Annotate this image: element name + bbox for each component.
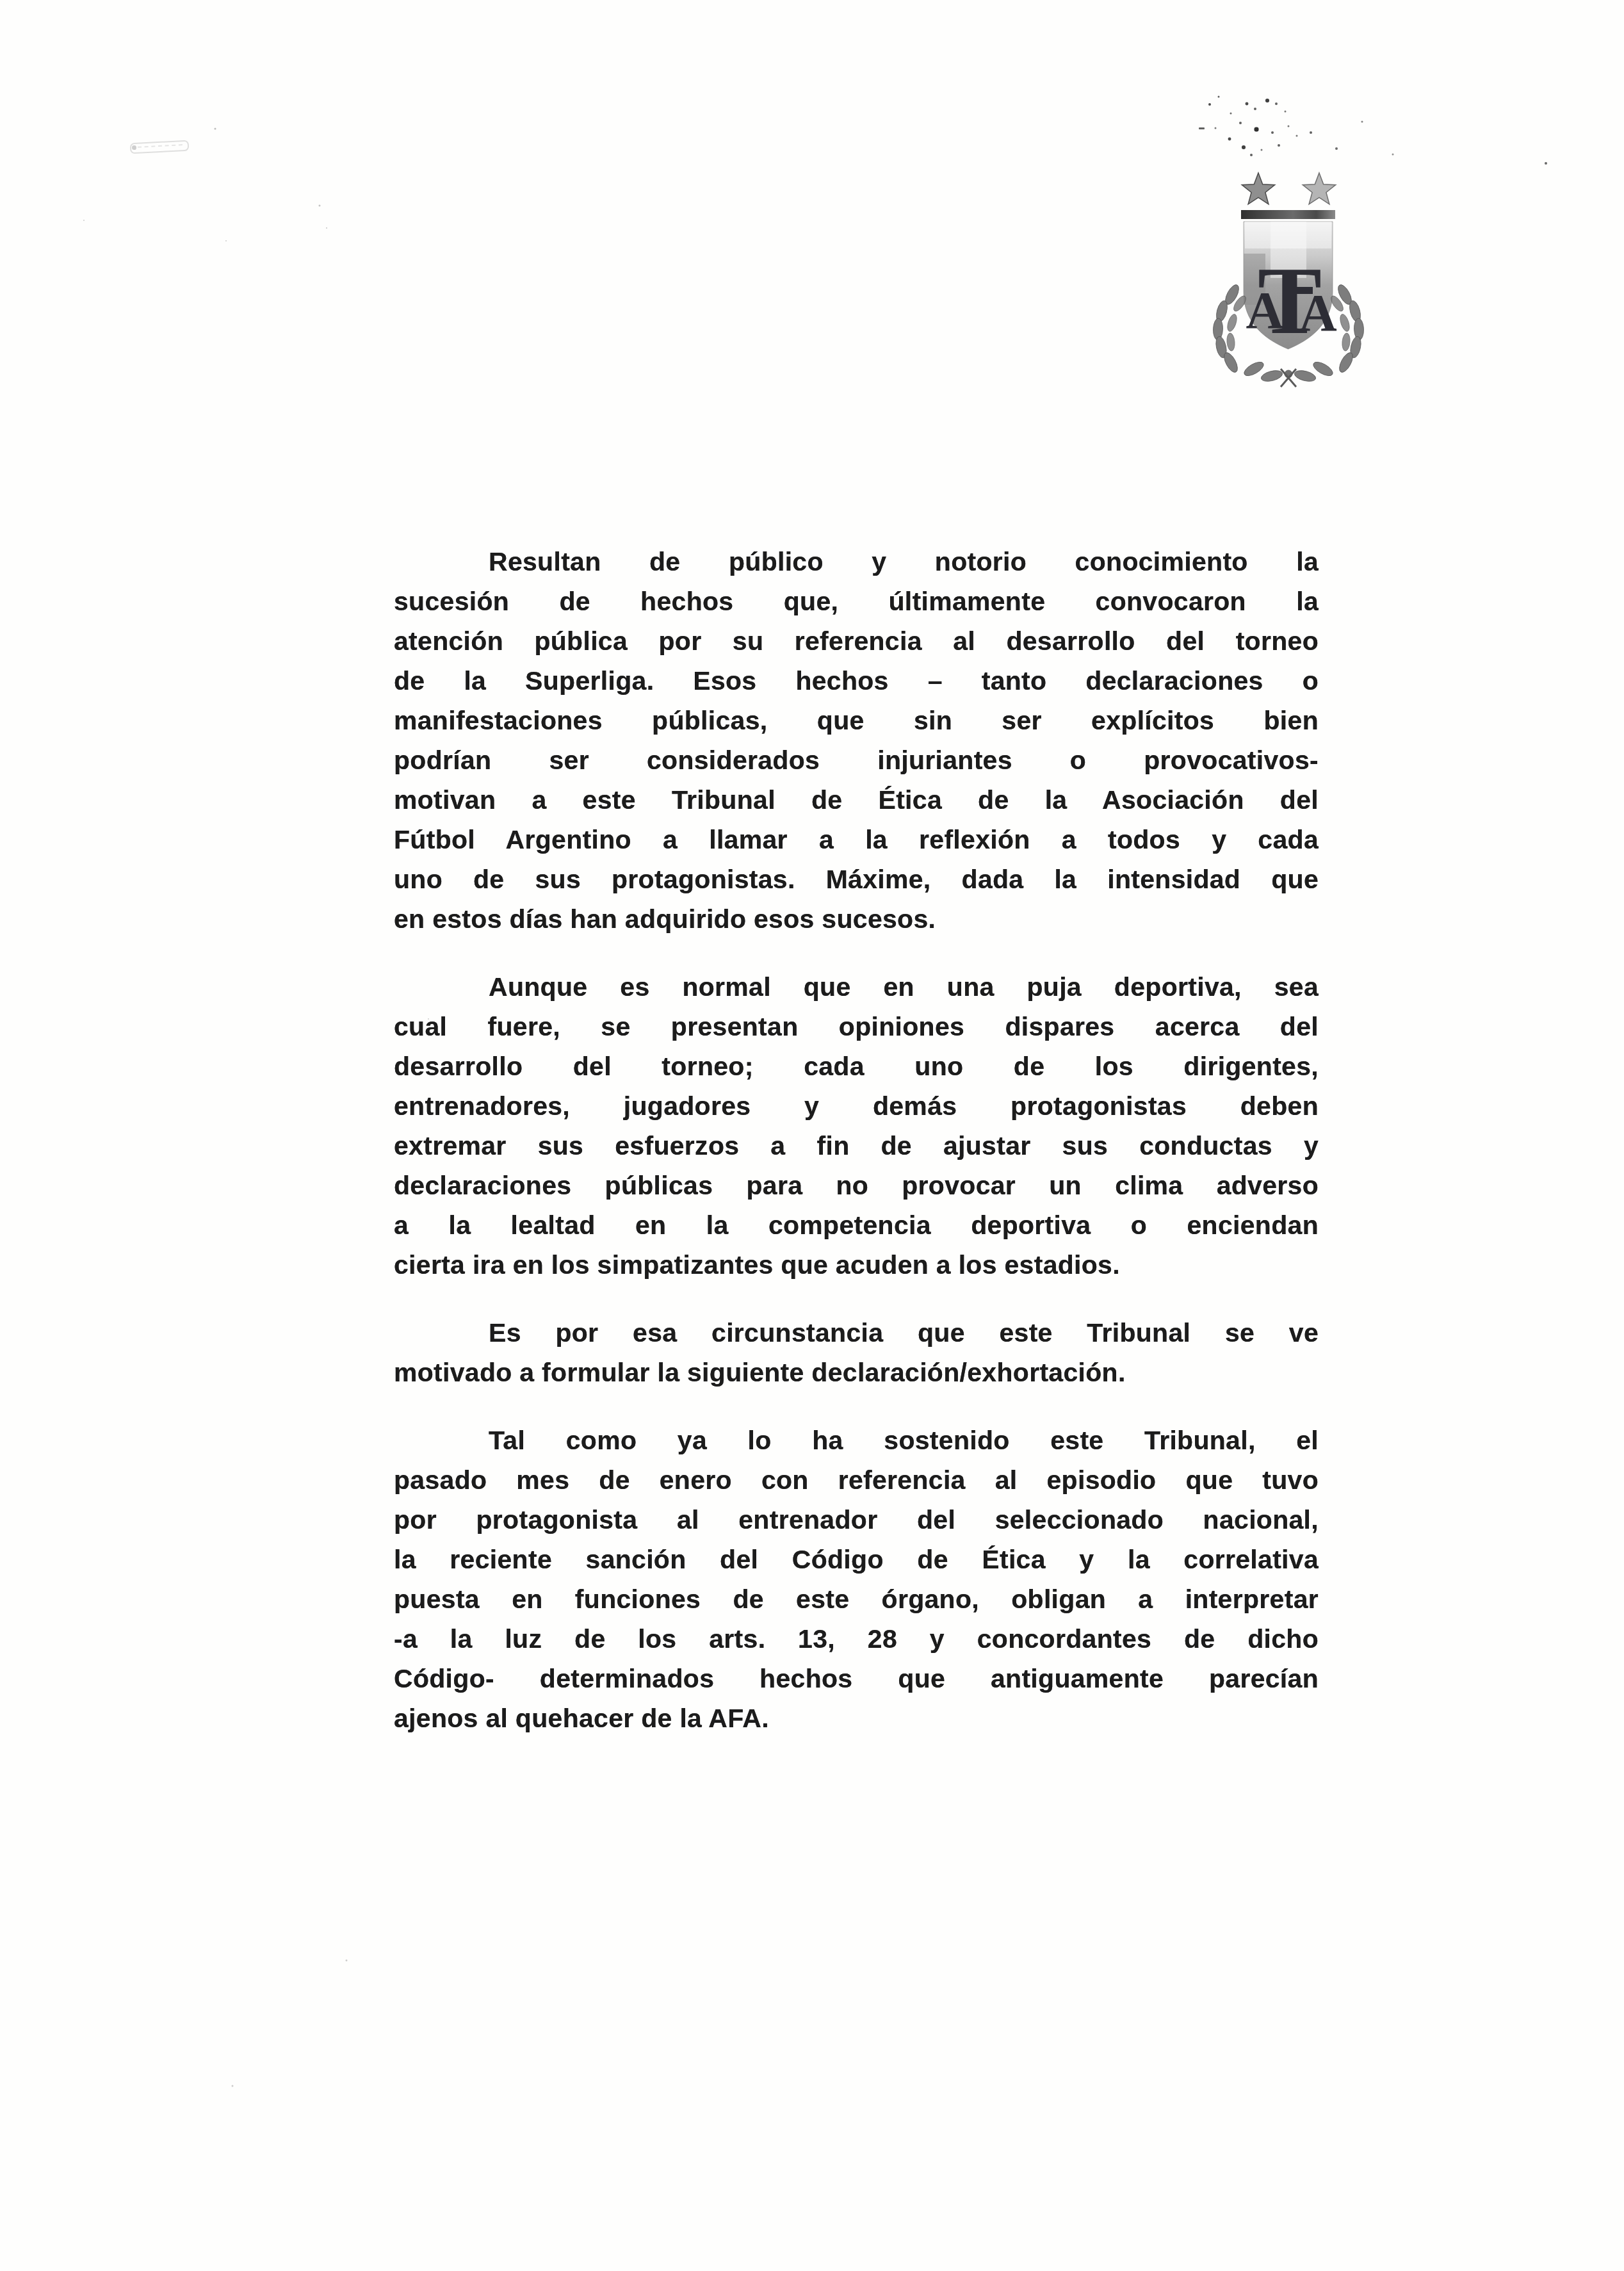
text-line: extremar sus esfuerzos a fin de ajustar … [394,1126,1319,1166]
text-line: la reciente sanción del Código de Ética … [394,1540,1319,1579]
text-line: pasado mes de enero con referencia al ep… [394,1460,1319,1500]
paragraph: Tal como ya lo ha sostenido este Tribuna… [394,1420,1319,1738]
text-line: Tal como ya lo ha sostenido este Tribuna… [394,1420,1319,1460]
text-line: uno de sus protagonistas. Máxime, dada l… [394,859,1319,899]
text-line: en estos días han adquirido esos sucesos… [394,899,1319,939]
paragraph: Aunque es normal que en una puja deporti… [394,967,1319,1285]
document-page: A T A [0,0,1624,2271]
text-line: por protagonista al entrenador del selec… [394,1500,1319,1540]
text-line: podrían ser considerados injuriantes o p… [394,740,1319,780]
text-line: puesta en funciones de este órgano, obli… [394,1579,1319,1619]
text-line: atención pública por su referencia al de… [394,621,1319,661]
text-line: motivado a formular la siguiente declara… [394,1353,1319,1392]
monogram-f-arm [1296,287,1313,294]
text-line: cual fuere, se presentan opiniones dispa… [394,1007,1319,1046]
text-line: declaraciones públicas para no provocar … [394,1166,1319,1205]
paragraph: Resultan de público y notorio conocimien… [394,542,1319,939]
paragraph: Es por esa circunstancia que este Tribun… [394,1313,1319,1392]
text-line: a la lealtad en la competencia deportiva… [394,1205,1319,1245]
text-line: de la Superliga. Esos hechos – tanto dec… [394,661,1319,701]
text-line: Es por esa circunstancia que este Tribun… [394,1313,1319,1353]
text-line: Aunque es normal que en una puja deporti… [394,967,1319,1007]
text-line: Fútbol Argentino a llamar a la reflexión… [394,820,1319,859]
scan-noise [0,0,1,1]
text-line: sucesión de hechos que, últimamente conv… [394,582,1319,621]
pencil-smudge [130,140,190,154]
text-line: manifestaciones públicas, que sin ser ex… [394,701,1319,740]
text-line: Código- determinados hechos que antiguam… [394,1659,1319,1698]
text-line: cierta ira en los simpatizantes que acud… [394,1245,1319,1285]
star-icon [1303,173,1335,204]
text-line: Resultan de público y notorio conocimien… [394,542,1319,582]
star-icon [1242,173,1274,204]
crest-bar [1241,210,1335,219]
document-text: Resultan de público y notorio conocimien… [394,542,1319,1766]
text-line: entrenadores, jugadores y demás protagon… [394,1086,1319,1126]
afa-crest-logo: A T A [1192,76,1369,391]
text-line: -a la luz de los arts. 13, 28 y concorda… [394,1619,1319,1659]
text-line: motivan a este Tribunal de Ética de la A… [394,780,1319,820]
text-line: ajenos al quehacer de la AFA. [394,1698,1319,1738]
text-line: desarrollo del torneo; cada uno de los d… [394,1046,1319,1086]
